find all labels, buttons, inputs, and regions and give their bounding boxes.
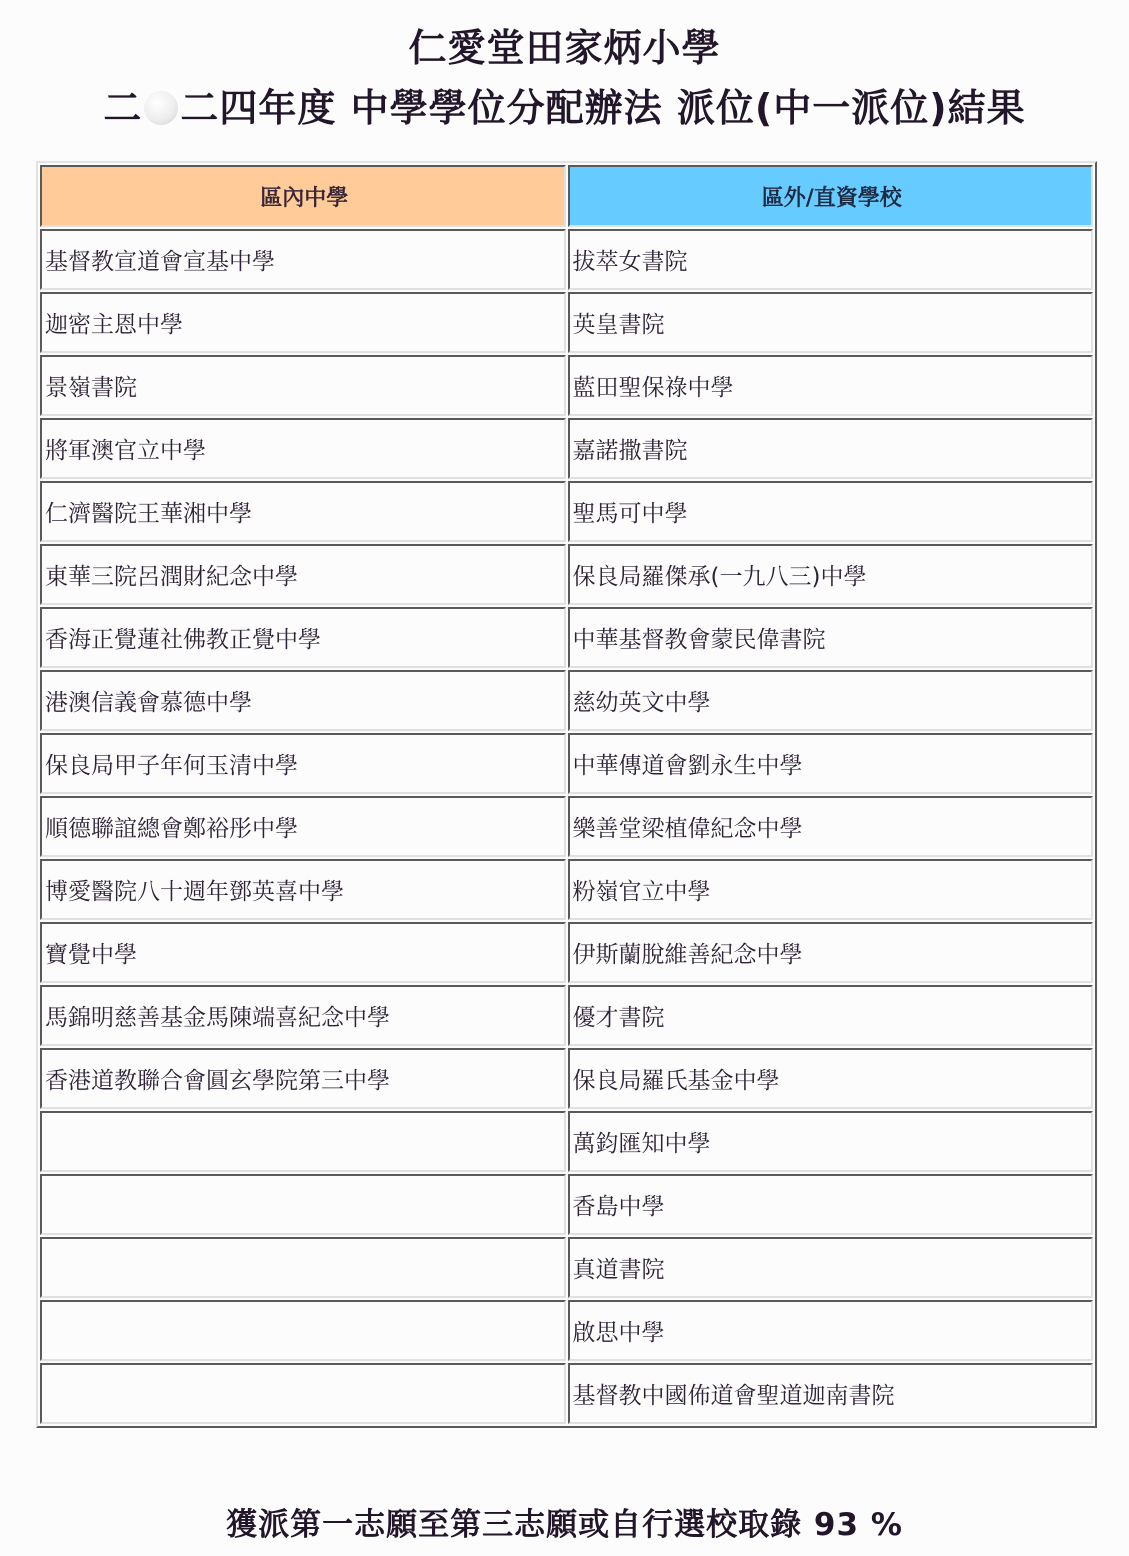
in-district-school-cell: 順德聯誼總會鄭裕彤中學	[40, 796, 566, 857]
in-district-school-cell	[40, 1363, 566, 1424]
table-row: 博愛醫院八十週年鄧英喜中學粉嶺官立中學	[40, 859, 1093, 920]
column-header-out-district: 區外/直資學校	[568, 165, 1094, 227]
in-district-school-cell	[40, 1300, 566, 1361]
table-row: 真道書院	[40, 1237, 1093, 1298]
out-district-school-cell: 中華基督教會蒙民偉書院	[568, 607, 1094, 668]
out-district-school-cell: 英皇書院	[568, 292, 1094, 353]
table-row: 香島中學	[40, 1174, 1093, 1235]
first-choice-rate-summary: 獲派第一志願至第三志願或自行選校取錄 93 %	[0, 1500, 1129, 1550]
in-district-school-cell	[40, 1237, 566, 1298]
table-row: 基督教中國佈道會聖道迦南書院	[40, 1363, 1093, 1424]
out-district-school-cell: 真道書院	[568, 1237, 1094, 1298]
out-district-school-cell: 拔萃女書院	[568, 229, 1094, 290]
in-district-school-cell: 景嶺書院	[40, 355, 566, 416]
out-district-school-cell: 萬鈞匯知中學	[568, 1111, 1094, 1172]
in-district-school-cell: 博愛醫院八十週年鄧英喜中學	[40, 859, 566, 920]
table-row: 仁濟醫院王華湘中學聖馬可中學	[40, 481, 1093, 542]
in-district-school-cell: 馬錦明慈善基金馬陳端喜紀念中學	[40, 985, 566, 1046]
out-district-school-cell: 聖馬可中學	[568, 481, 1094, 542]
in-district-school-cell: 寶覺中學	[40, 922, 566, 983]
out-district-school-cell: 粉嶺官立中學	[568, 859, 1094, 920]
subtitle-prefix: 二	[103, 86, 142, 130]
out-district-school-cell: 優才書院	[568, 985, 1094, 1046]
table-row: 順德聯誼總會鄭裕彤中學樂善堂梁植偉紀念中學	[40, 796, 1093, 857]
table-row: 香港道教聯合會圓玄學院第三中學保良局羅氏基金中學	[40, 1048, 1093, 1109]
out-district-school-cell: 基督教中國佈道會聖道迦南書院	[568, 1363, 1094, 1424]
table-row: 將軍澳官立中學嘉諾撒書院	[40, 418, 1093, 479]
zero-circle-icon	[144, 91, 178, 125]
in-district-school-cell: 香海正覺蓮社佛教正覺中學	[40, 607, 566, 668]
in-district-school-cell: 保良局甲子年何玉清中學	[40, 733, 566, 794]
table-row: 景嶺書院藍田聖保祿中學	[40, 355, 1093, 416]
allocation-results-table: 區內中學 區外/直資學校 基督教宣道會宣基中學拔萃女書院 迦密主恩中學英皇書院 …	[36, 161, 1097, 1428]
subtitle-suffix: 二四年度 中學學位分配辦法 派位(中一派位)結果	[180, 86, 1025, 130]
table-body: 基督教宣道會宣基中學拔萃女書院 迦密主恩中學英皇書院 景嶺書院藍田聖保祿中學 將…	[40, 229, 1093, 1424]
in-district-school-cell: 港澳信義會慕德中學	[40, 670, 566, 731]
out-district-school-cell: 慈幼英文中學	[568, 670, 1094, 731]
in-district-school-cell: 東華三院呂潤財紀念中學	[40, 544, 566, 605]
table-row: 寶覺中學伊斯蘭脫維善紀念中學	[40, 922, 1093, 983]
in-district-school-cell: 仁濟醫院王華湘中學	[40, 481, 566, 542]
school-name-heading: 仁愛堂田家炳小學	[0, 24, 1129, 72]
table-header-row: 區內中學 區外/直資學校	[40, 165, 1093, 227]
out-district-school-cell: 伊斯蘭脫維善紀念中學	[568, 922, 1094, 983]
table-row: 東華三院呂潤財紀念中學保良局羅傑承(一九八三)中學	[40, 544, 1093, 605]
column-header-in-district: 區內中學	[40, 165, 566, 227]
out-district-school-cell: 樂善堂梁植偉紀念中學	[568, 796, 1094, 857]
in-district-school-cell: 將軍澳官立中學	[40, 418, 566, 479]
allocation-results-heading: 二二四年度 中學學位分配辦法 派位(中一派位)結果	[0, 84, 1129, 132]
in-district-school-cell	[40, 1111, 566, 1172]
table-row: 基督教宣道會宣基中學拔萃女書院	[40, 229, 1093, 290]
out-district-school-cell: 香島中學	[568, 1174, 1094, 1235]
out-district-school-cell: 中華傳道會劉永生中學	[568, 733, 1094, 794]
table-row: 啟思中學	[40, 1300, 1093, 1361]
table-row: 港澳信義會慕德中學慈幼英文中學	[40, 670, 1093, 731]
table-row: 萬鈞匯知中學	[40, 1111, 1093, 1172]
out-district-school-cell: 藍田聖保祿中學	[568, 355, 1094, 416]
in-district-school-cell: 迦密主恩中學	[40, 292, 566, 353]
table-row: 保良局甲子年何玉清中學中華傳道會劉永生中學	[40, 733, 1093, 794]
in-district-school-cell: 香港道教聯合會圓玄學院第三中學	[40, 1048, 566, 1109]
out-district-school-cell: 保良局羅傑承(一九八三)中學	[568, 544, 1094, 605]
out-district-school-cell: 保良局羅氏基金中學	[568, 1048, 1094, 1109]
table-row: 香海正覺蓮社佛教正覺中學中華基督教會蒙民偉書院	[40, 607, 1093, 668]
in-district-school-cell	[40, 1174, 566, 1235]
out-district-school-cell: 啟思中學	[568, 1300, 1094, 1361]
table-row: 馬錦明慈善基金馬陳端喜紀念中學優才書院	[40, 985, 1093, 1046]
in-district-school-cell: 基督教宣道會宣基中學	[40, 229, 566, 290]
out-district-school-cell: 嘉諾撒書院	[568, 418, 1094, 479]
table-row: 迦密主恩中學英皇書院	[40, 292, 1093, 353]
